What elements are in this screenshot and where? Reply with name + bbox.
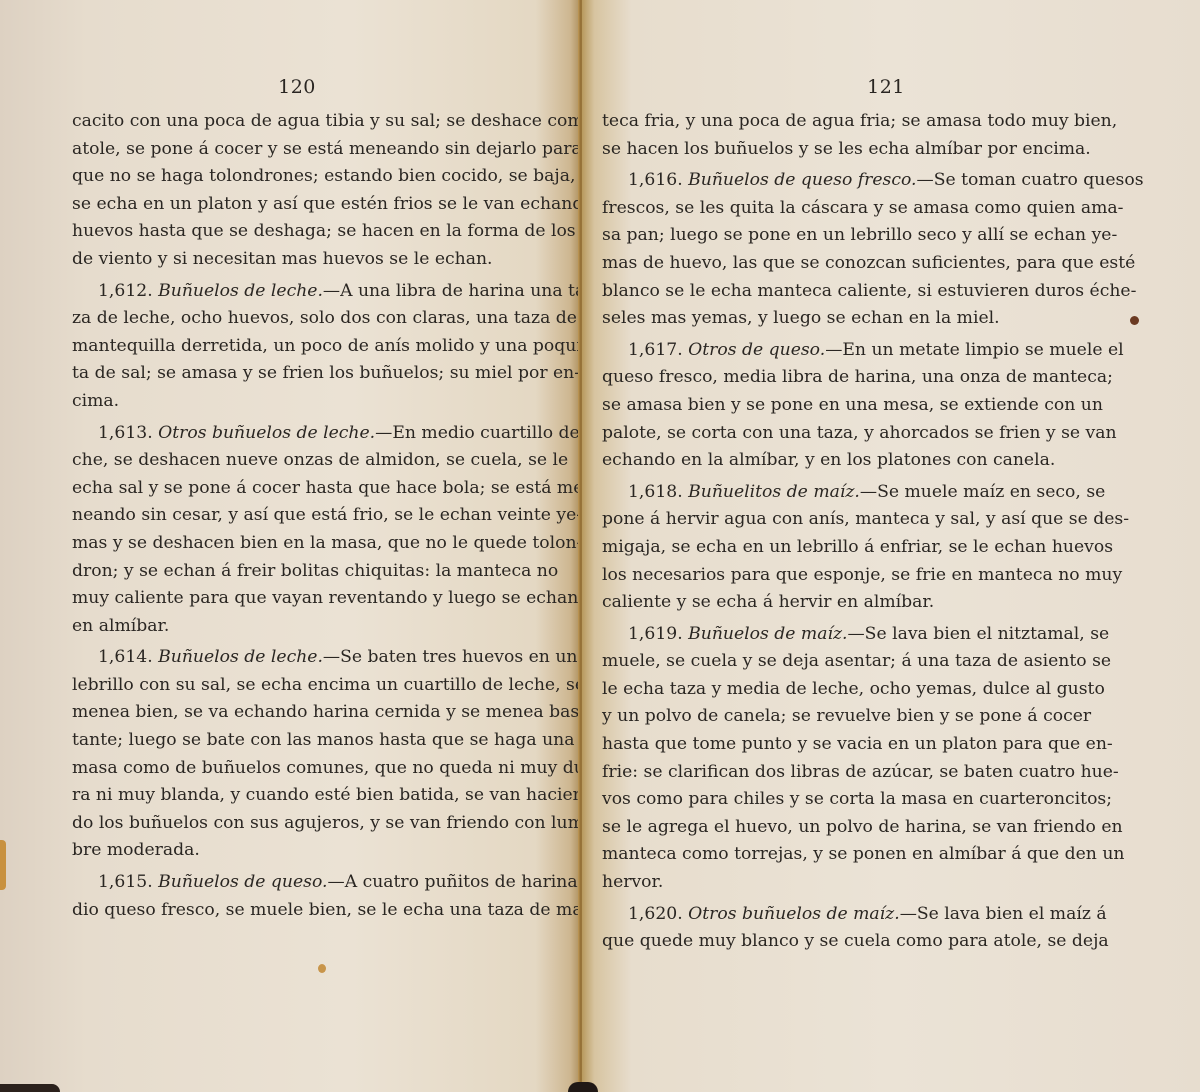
text-run: —En un metate limpio se muele el: [825, 340, 1123, 360]
recipe-title: Buñuelitos de maíz.: [688, 482, 860, 502]
paper-stain: [1130, 316, 1139, 325]
text-line: que no se haga tolondrones; estando bien…: [72, 163, 578, 191]
text-run: —Se baten tres huevos en un: [323, 647, 578, 667]
text-line: en almíbar.: [72, 613, 578, 641]
recipe-1618: 1,618. Buñuelitos de maíz.—Se muele maíz…: [602, 479, 1122, 617]
book-shadow: [568, 1082, 598, 1092]
book-shadow: [0, 1084, 60, 1092]
text-line: tante; luego se bate con las manos hasta…: [72, 727, 578, 755]
text-run: —A cuatro puñitos de harina me-: [328, 872, 616, 892]
recipe-1620: 1,620. Otros buñuelos de maíz.—Se lava b…: [602, 901, 1122, 956]
recipe-number: 1,620.: [628, 904, 683, 924]
text-line: vos como para chiles y se corta la masa …: [602, 786, 1122, 814]
text-line: ra ni muy blanda, y cuando esté bien bat…: [72, 782, 578, 810]
text-line: neando sin cesar, y así que está frio, s…: [72, 502, 578, 530]
page-number: 120: [72, 76, 582, 98]
right-page: 121 teca fria, y una poca de agua fria; …: [582, 0, 1200, 1092]
text-line: se le agrega el huevo, un polvo de harin…: [602, 814, 1122, 842]
text-line: seles mas yemas, y luego se echan en la …: [602, 305, 1122, 333]
recipe-1616: 1,616. Buñuelos de queso fresco.—Se toma…: [602, 167, 1122, 333]
recipe-title: Buñuelos de maíz.: [688, 624, 847, 644]
recipe-1613: 1,613. Otros buñuelos de leche.—En medio…: [72, 420, 578, 641]
recipe-title: Otros buñuelos de maíz.: [688, 904, 900, 924]
recipe-1617: 1,617. Otros de queso.—En un metate limp…: [602, 337, 1122, 475]
left-page: 120 cacito con una poca de agua tibia y …: [0, 0, 582, 1092]
text-line: caliente y se echa á hervir en almíbar.: [602, 589, 1122, 617]
page-edge-tab: [0, 840, 6, 890]
text-line: za de leche, ocho huevos, solo dos con c…: [72, 305, 578, 333]
text-line: masa como de buñuelos comunes, que no qu…: [72, 755, 578, 783]
text-line: cima.: [72, 388, 578, 416]
text-line: migaja, se echa en un lebrillo á enfriar…: [602, 534, 1122, 562]
recipe-heading-line: 1,620. Otros buñuelos de maíz.—Se lava b…: [602, 901, 1122, 929]
text-line: ta de sal; se amasa y se frien los buñue…: [72, 360, 578, 388]
text-line: que quede muy blanco y se cuela como par…: [602, 928, 1122, 956]
text-run: —Se lava bien el nitztamal, se: [847, 624, 1109, 644]
continuation-paragraph: teca fria, y una poca de agua fria; se a…: [602, 108, 1122, 163]
recipe-number: 1,616.: [628, 170, 683, 190]
text-line: dio queso fresco, se muele bien, se le e…: [72, 897, 578, 925]
text-line: menea bien, se va echando harina cernida…: [72, 699, 578, 727]
text-line: huevos hasta que se deshaga; se hacen en…: [72, 218, 578, 246]
text-line: echando en la almíbar, y en los platones…: [602, 447, 1122, 475]
text-line: palote, se corta con una taza, y ahorcad…: [602, 420, 1122, 448]
text-line: muy caliente para que vayan reventando y…: [72, 585, 578, 613]
text-run: —Se muele maíz en seco, se: [860, 482, 1105, 502]
recipe-heading-line: 1,616. Buñuelos de queso fresco.—Se toma…: [602, 167, 1122, 195]
text-line: lebrillo con su sal, se echa encima un c…: [72, 672, 578, 700]
text-line: hasta que tome punto y se vacia en un pl…: [602, 731, 1122, 759]
text-line: hervor.: [602, 869, 1122, 897]
text-run: —En medio cuartillo de le-: [375, 423, 607, 443]
text-line: frescos, se les quita la cáscara y se am…: [602, 195, 1122, 223]
open-book: 120 cacito con una poca de agua tibia y …: [0, 0, 1200, 1092]
recipe-number: 1,614.: [98, 647, 153, 667]
recipe-number: 1,613.: [98, 423, 153, 443]
recipe-number: 1,615.: [98, 872, 153, 892]
recipe-heading-line: 1,613. Otros buñuelos de leche.—En medio…: [72, 420, 578, 448]
text-line: blanco se le echa manteca caliente, si e…: [602, 278, 1122, 306]
recipe-title: Buñuelos de queso fresco.: [688, 170, 916, 190]
text-line: los necesarios para que esponje, se frie…: [602, 562, 1122, 590]
recipe-1614: 1,614. Buñuelos de leche.—Se baten tres …: [72, 644, 578, 865]
continuation-paragraph: cacito con una poca de agua tibia y su s…: [72, 108, 578, 274]
recipe-number: 1,612.: [98, 281, 153, 301]
text-line: muele, se cuela y se deja asentar; á una…: [602, 648, 1122, 676]
paper-stain: [318, 964, 326, 973]
text-line: mas y se deshacen bien en la masa, que n…: [72, 530, 578, 558]
recipe-1615: 1,615. Buñuelos de queso.—A cuatro puñit…: [72, 869, 578, 924]
text-line: mas de huevo, las que se conozcan sufici…: [602, 250, 1122, 278]
text-line: le echa taza y media de leche, ocho yema…: [602, 676, 1122, 704]
recipe-title: Buñuelos de queso.: [158, 872, 327, 892]
recipe-1612: 1,612. Buñuelos de leche.—A una libra de…: [72, 278, 578, 416]
recipe-title: Otros de queso.: [688, 340, 825, 360]
recipe-title: Otros buñuelos de leche.: [158, 423, 375, 443]
text-line: frie: se clarifican dos libras de azúcar…: [602, 759, 1122, 787]
recipe-number: 1,618.: [628, 482, 683, 502]
text-line: y un polvo de canela; se revuelve bien y…: [602, 703, 1122, 731]
text-line: sa pan; luego se pone en un lebrillo sec…: [602, 222, 1122, 250]
text-line: queso fresco, media libra de harina, una…: [602, 364, 1122, 392]
recipe-heading-line: 1,612. Buñuelos de leche.—A una libra de…: [72, 278, 578, 306]
text-line: mantequilla derretida, un poco de anís m…: [72, 333, 578, 361]
page-number: 121: [602, 76, 1140, 98]
recipe-heading-line: 1,617. Otros de queso.—En un metate limp…: [602, 337, 1122, 365]
recipe-heading-line: 1,614. Buñuelos de leche.—Se baten tres …: [72, 644, 578, 672]
text-line: pone á hervir agua con anís, manteca y s…: [602, 506, 1122, 534]
text-line: atole, se pone á cocer y se está meneand…: [72, 136, 578, 164]
text-line: echa sal y se pone á cocer hasta que hac…: [72, 475, 578, 503]
recipe-number: 1,617.: [628, 340, 683, 360]
text-line: cacito con una poca de agua tibia y su s…: [72, 108, 578, 136]
text-line: se amasa bien y se pone en una mesa, se …: [602, 392, 1122, 420]
text-line: manteca como torrejas, y se ponen en alm…: [602, 841, 1122, 869]
text-line: dron; y se echan á freir bolitas chiquit…: [72, 558, 578, 586]
text-line: teca fria, y una poca de agua fria; se a…: [602, 108, 1122, 136]
text-line: che, se deshacen nueve onzas de almidon,…: [72, 447, 578, 475]
text-run: —A una libra de harina una ta-: [323, 281, 591, 301]
recipe-heading-line: 1,618. Buñuelitos de maíz.—Se muele maíz…: [602, 479, 1122, 507]
text-run: —Se lava bien el maíz á: [900, 904, 1107, 924]
recipe-heading-line: 1,619. Buñuelos de maíz.—Se lava bien el…: [602, 621, 1122, 649]
text-run: —Se toman cuatro quesos: [917, 170, 1144, 190]
text-line: do los buñuelos con sus agujeros, y se v…: [72, 810, 578, 838]
recipe-number: 1,619.: [628, 624, 683, 644]
recipe-heading-line: 1,615. Buñuelos de queso.—A cuatro puñit…: [72, 869, 578, 897]
text-line: se echa en un platon y así que estén fri…: [72, 191, 578, 219]
text-line: se hacen los buñuelos y se les echa almí…: [602, 136, 1122, 164]
recipe-1619: 1,619. Buñuelos de maíz.—Se lava bien el…: [602, 621, 1122, 897]
recipe-title: Buñuelos de leche.: [158, 647, 323, 667]
text-line: bre moderada.: [72, 837, 578, 865]
recipe-title: Buñuelos de leche.: [158, 281, 323, 301]
text-line: de viento y si necesitan mas huevos se l…: [72, 246, 578, 274]
